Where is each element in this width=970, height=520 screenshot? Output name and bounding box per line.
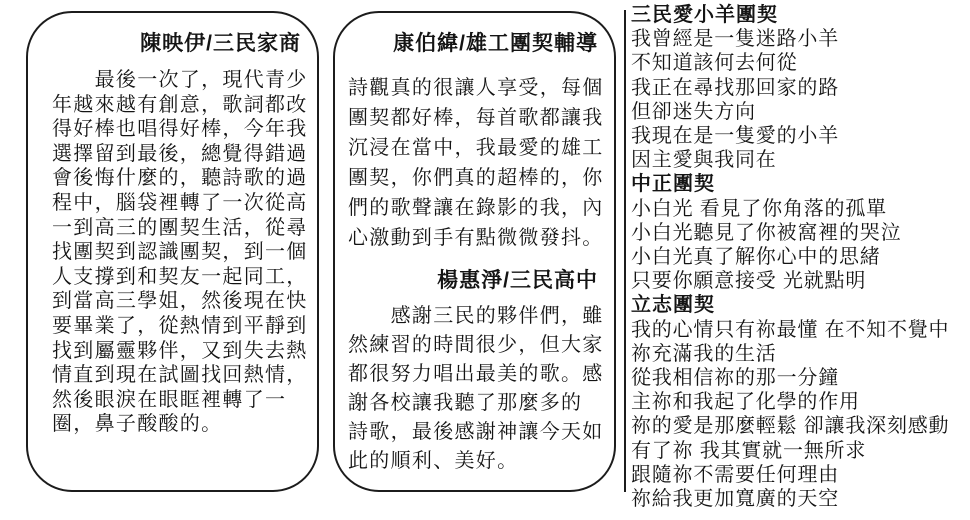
text-line: 沉浸在當中，我最愛的雄工 [348,133,608,163]
text-line: 我曾經是一隻迷路小羊 [631,27,968,51]
lyrics-heading-lizhi: 立志團契 [631,293,968,317]
text-line: 人支撐到和契友一起同工， [52,265,311,290]
text-line: 團契，你們真的超棒的，你 [348,163,608,193]
text-line: 我正在尋找那回家的路 [631,76,968,100]
text-line: 我現在是一隻愛的小羊 [631,124,968,148]
lyrics-heading-sanmin-lamb: 三民愛小羊團契 [631,3,968,27]
text-line: 從我相信祢的那一分鐘 [631,366,968,390]
text-line: 程中，腦袋裡轉了一次從高 [52,191,311,216]
testimonial-author-kang: 康伯緯/雄工團契輔導 [348,32,608,56]
text-line: 祢充滿我的生活 [631,342,968,366]
testimonial-author-chen: 陳映伊/三民家商 [52,32,311,56]
text-line: 我的心情只有祢最懂 在不知不覺中 [631,318,968,342]
text-line: 情直到現在試圖找回熱情， [52,363,311,388]
text-line: 祢的愛是那麼輕鬆 卻讓我深刻感動 [631,414,968,438]
text-line: 到當高三學姐，然後現在快 [52,289,311,314]
text-line: 跟隨祢不需要任何理由 [631,463,968,487]
text-line: 只要你願意接受 光就點明 [631,269,968,293]
text-line: 詩歌，最後感謝神讓今天如 [348,418,608,447]
text-line: 找團契到認識團契，到一個 [52,240,311,265]
lyrics-text-sanmin-lamb: 我曾經是一隻迷路小羊不知道該何去何從我正在尋找那回家的路但卻迷失方向我現在是一隻… [631,27,968,172]
text-line: 會後悔什麼的，聽詩歌的過 [52,166,311,191]
lyrics-text-lizhi: 我的心情只有祢最懂 在不知不覺中祢充滿我的生活從我相信祢的那一分鐘主祢和我起了化… [631,318,968,512]
text-line: 小白光 看見了你角落的孤單 [631,197,968,221]
text-line: 感謝三民的夥伴們，雖 [348,302,608,331]
text-line: 團契都好棒，每首歌都讓我 [348,103,608,133]
text-line: 但卻迷失方向 [631,100,968,124]
text-line: 得好棒也唱得好棒，今年我 [52,117,311,142]
text-line: 最後一次了，現代青少 [52,68,311,93]
lyrics-text-zhongzheng: 小白光 看見了你角落的孤單小白光聽見了你被窩裡的哭泣小白光真了解你心中的思緒只要… [631,197,968,294]
text-line: 謝各校讓我聽了那麼多的 [348,389,608,418]
text-line: 詩觀真的很讓人享受，每個 [348,73,608,103]
text-line: 一到高三的團契生活，從尋 [52,216,311,241]
text-line: 選擇留到最後，總覺得錯過 [52,142,311,167]
document-page: 陳映伊/三民家商 最後一次了，現代青少年越來越有創意，歌詞都改得好棒也唱得好棒，… [0,0,970,520]
vertical-divider [624,10,626,492]
text-line: 心激動到手有點微微發抖。 [348,223,608,253]
testimonial-box-kang-yang: 康伯緯/雄工團契輔導 詩觀真的很讓人享受，每個團契都好棒，每首歌都讓我沉浸在當中… [333,11,616,492]
text-line: 年越來越有創意，歌詞都改 [52,93,311,118]
text-line: 主祢和我起了化學的作用 [631,390,968,414]
text-line: 都很努力唱出最美的歌。感 [348,360,608,389]
lyrics-heading-zhongzheng: 中正團契 [631,172,968,196]
testimonial-author-yang: 楊惠淨/三民高中 [348,269,608,293]
text-line: 然後眼淚在眼眶裡轉了一 [52,388,311,413]
text-line: 找到屬靈夥伴，又到失去熱 [52,339,311,364]
text-line: 祢給我更加寬廣的天空 [631,487,968,511]
text-line: 不知道該何去何從 [631,51,968,75]
text-line: 們的歌聲讓在錄影的我，內 [348,193,608,223]
testimonial-text-kang: 詩觀真的很讓人享受，每個團契都好棒，每首歌都讓我沉浸在當中，我最愛的雄工團契，你… [348,73,608,253]
testimonial-box-chen: 陳映伊/三民家商 最後一次了，現代青少年越來越有創意，歌詞都改得好棒也唱得好棒，… [26,11,319,492]
text-line: 因主愛與我同在 [631,148,968,172]
text-line: 此的順利、美好。 [348,447,608,476]
text-line: 小白光聽見了你被窩裡的哭泣 [631,221,968,245]
text-line: 要畢業了，從熱情到平靜到 [52,314,311,339]
testimonial-text-yang: 感謝三民的夥伴們，雖然練習的時間很少，但大家都很努力唱出最美的歌。感謝各校讓我聽… [348,302,608,476]
lyrics-column: 三民愛小羊團契 我曾經是一隻迷路小羊不知道該何去何從我正在尋找那回家的路但卻迷失… [631,3,968,511]
text-line: 圈，鼻子酸酸的。 [52,412,311,437]
text-line: 然練習的時間很少，但大家 [348,331,608,360]
testimonial-text-chen: 最後一次了，現代青少年越來越有創意，歌詞都改得好棒也唱得好棒，今年我選擇留到最後… [52,68,311,437]
text-line: 有了祢 我其實就一無所求 [631,439,968,463]
text-line: 小白光真了解你心中的思緒 [631,245,968,269]
